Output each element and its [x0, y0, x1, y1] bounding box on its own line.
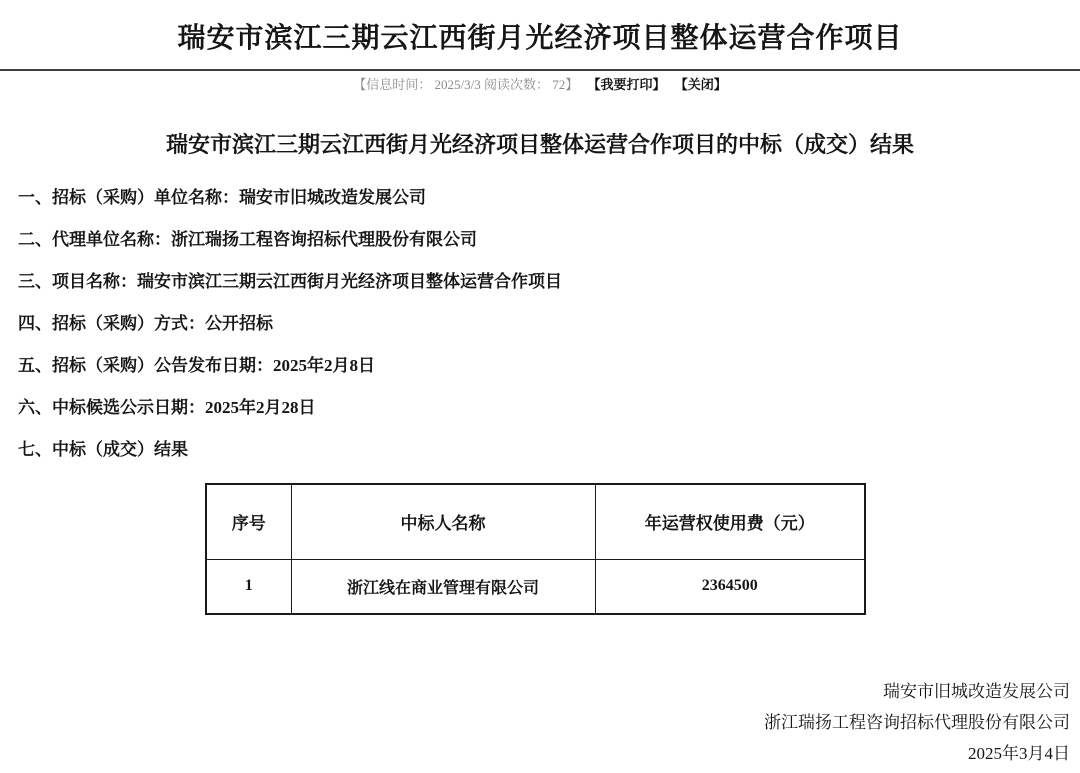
table-header-fee: 年运营权使用费（元）	[595, 484, 865, 559]
signature-block: 瑞安市旧城改造发展公司 浙江瑞扬工程咨询招标代理股份有限公司 2025年3月4日	[0, 683, 1070, 763]
cell-winner: 浙江线在商业管理有限公司	[291, 559, 595, 614]
results-table: 序号 中标人名称 年运营权使用费（元） 1 浙江线在商业管理有限公司 23645…	[205, 483, 866, 615]
list-item-method: 四、招标（采购）方式：公开招标	[18, 315, 1080, 332]
print-button[interactable]: 【我要打印】	[587, 78, 665, 93]
list-item-project-name: 三、项目名称：瑞安市滨江三期云江西街月光经济项目整体运营合作项目	[18, 273, 1080, 290]
page-title: 瑞安市滨江三期云江西街月光经济项目整体运营合作项目	[0, 0, 1080, 56]
meta-line: 【信息时间： 2025/3/3 阅读次数： 72】 【我要打印】 【关闭】	[0, 71, 1080, 94]
table-header-row: 序号 中标人名称 年运营权使用费（元）	[206, 484, 865, 559]
table-header-no: 序号	[206, 484, 291, 559]
signature-owner: 瑞安市旧城改造发展公司	[0, 683, 1070, 701]
cell-fee: 2364500	[595, 559, 865, 614]
close-button[interactable]: 【关闭】	[675, 78, 727, 93]
notice-item-list: 一、招标（采购）单位名称：瑞安市旧城改造发展公司 二、代理单位名称：浙江瑞扬工程…	[18, 189, 1080, 458]
list-item-announce-date: 五、招标（采购）公告发布日期：2025年2月8日	[18, 357, 1080, 374]
list-item-result-label: 七、中标（成交）结果	[18, 441, 1080, 458]
list-item-tenderer: 一、招标（采购）单位名称：瑞安市旧城改造发展公司	[18, 189, 1080, 206]
signature-agent: 浙江瑞扬工程咨询招标代理股份有限公司	[0, 714, 1070, 732]
table-header-winner: 中标人名称	[291, 484, 595, 559]
cell-no: 1	[206, 559, 291, 614]
list-item-agent: 二、代理单位名称：浙江瑞扬工程咨询招标代理股份有限公司	[18, 231, 1080, 248]
signature-date: 2025年3月4日	[0, 745, 1070, 763]
result-title: 瑞安市滨江三期云江西街月光经济项目整体运营合作项目的中标（成交）结果	[0, 128, 1080, 159]
table-row: 1 浙江线在商业管理有限公司 2364500	[206, 559, 865, 614]
list-item-publicity-date: 六、中标候选公示日期：2025年2月28日	[18, 399, 1080, 416]
meta-info-text: 【信息时间： 2025/3/3 阅读次数： 72】	[353, 77, 578, 92]
